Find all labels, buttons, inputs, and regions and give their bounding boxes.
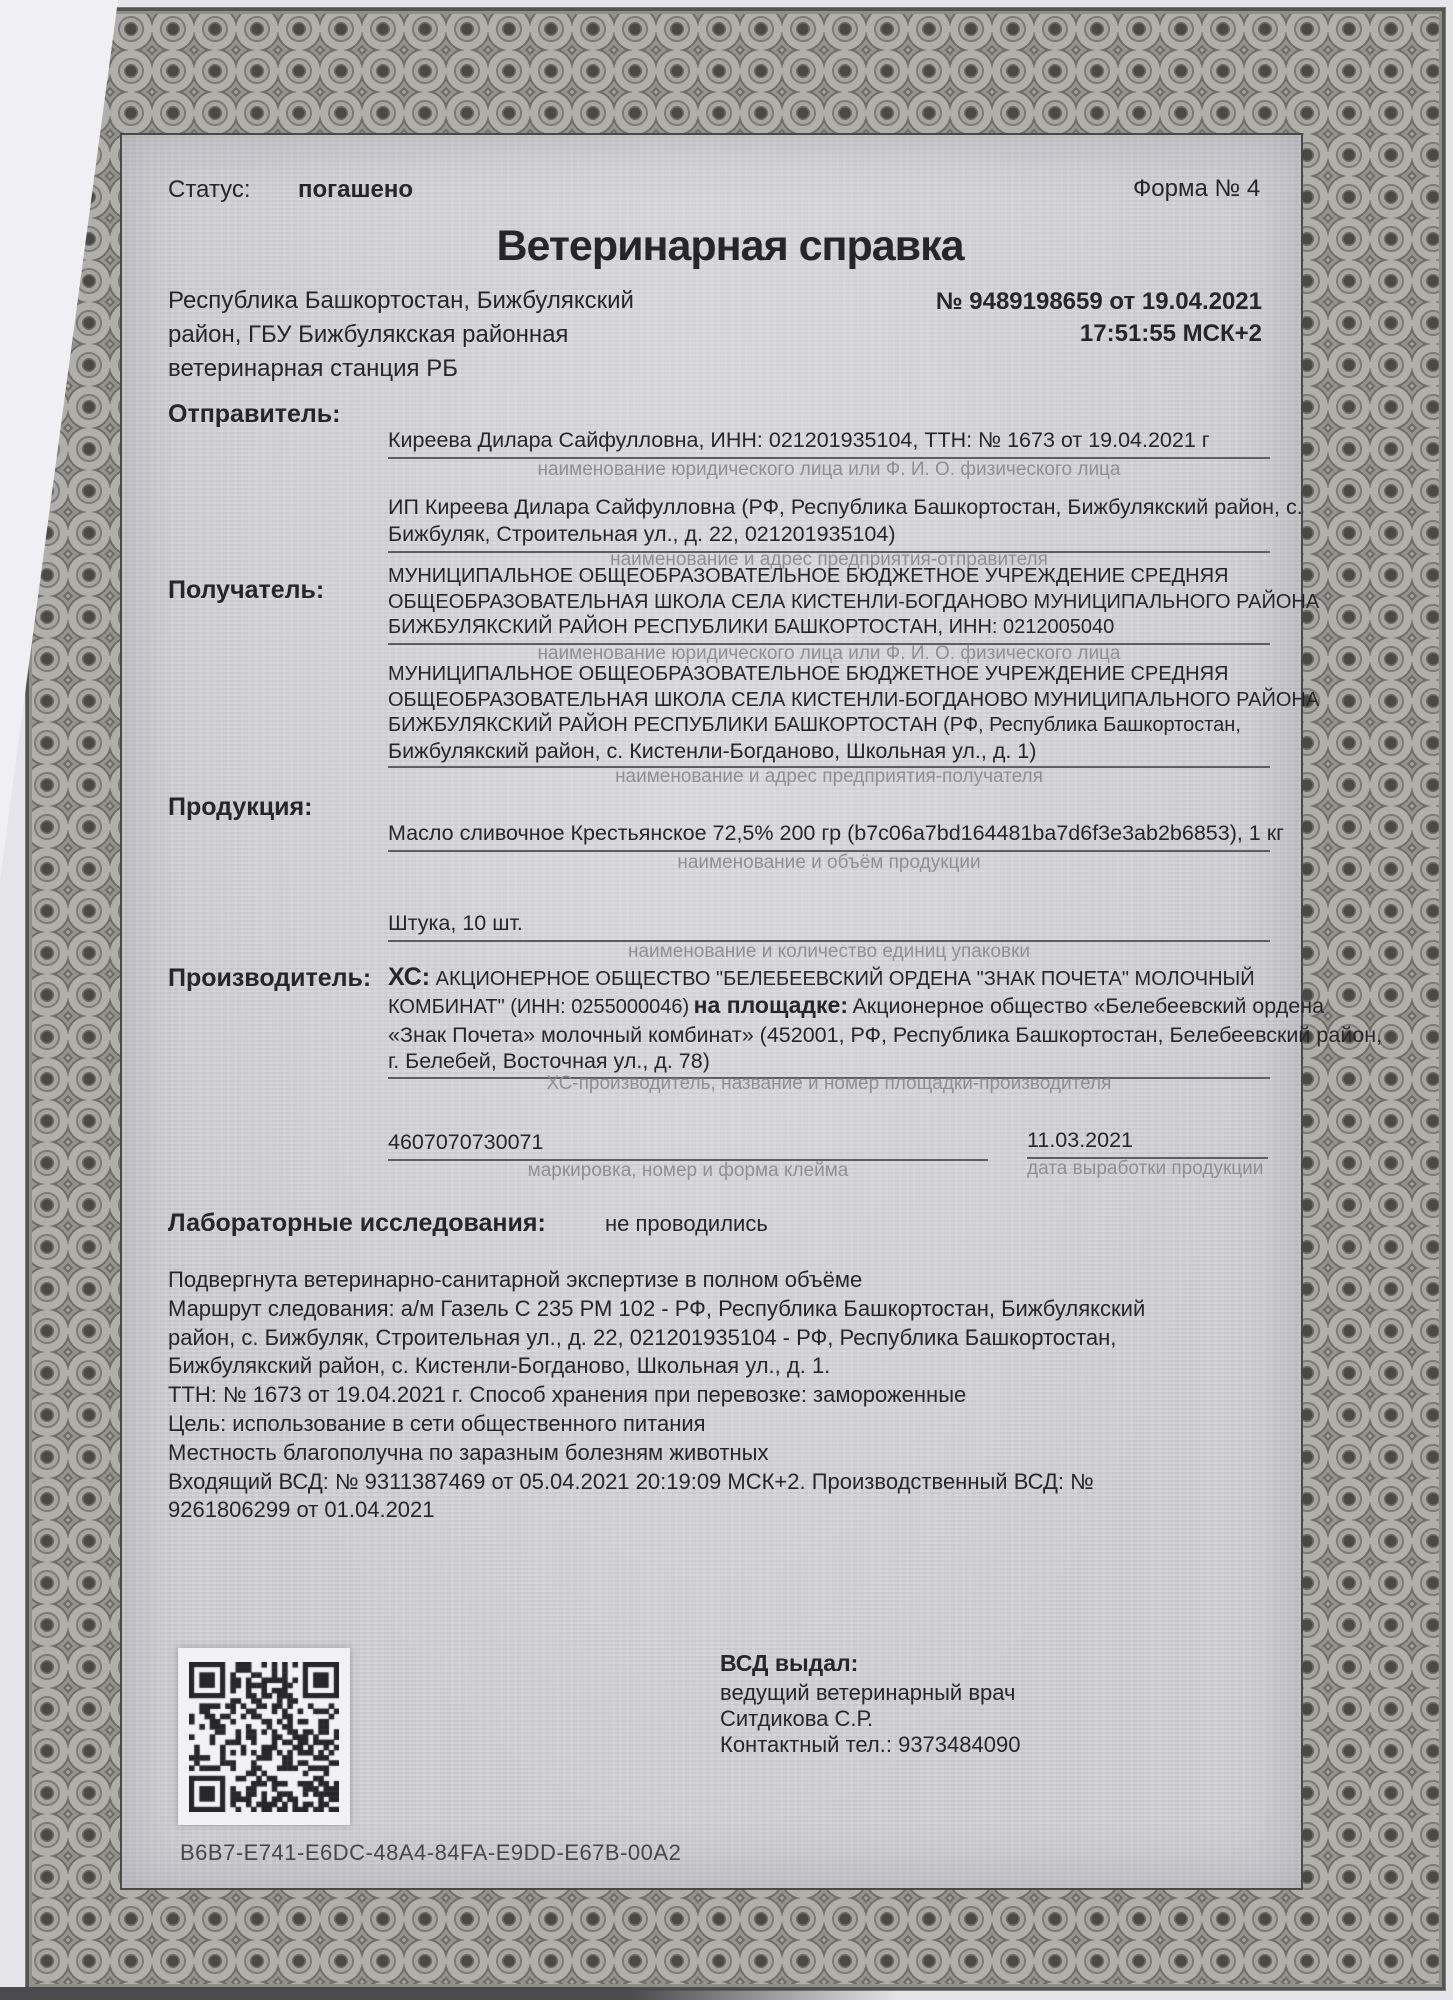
production-date-field: 11.03.2021 <box>1027 1128 1268 1159</box>
issuer-phone: Контактный тел.: 9373484090 <box>720 1732 1020 1758</box>
production-date-caption: дата выработки продукции <box>1027 1158 1268 1180</box>
receiver-section-label: Получатель: <box>168 576 324 605</box>
document-title: Ветеринарная справка <box>420 222 1040 271</box>
receiver-address-line: ОБЩЕОБРАЗОВАТЕЛЬНАЯ ШКОЛА СЕЛА КИСТЕНЛИ-… <box>388 688 1270 714</box>
receiver-name-line: БИЖБУЛЯКСКИЙ РАЙОН РЕСПУБЛИКИ БАШКОРТОСТ… <box>388 615 1270 641</box>
qr-code <box>178 1648 350 1825</box>
sender-section-label: Отправитель: <box>168 400 340 429</box>
sender-address-field: ИП Киреева Дилара Сайфулловна (РФ, Респу… <box>388 494 1270 553</box>
producer-caption: ХС-производитель, название и номер площа… <box>388 1073 1270 1095</box>
status-label: Статус: <box>168 176 251 204</box>
product-caption: наименование и объём продукции <box>388 852 1270 874</box>
details-line: район, с. Бижбуляк, Строительная ул., д.… <box>168 1324 1278 1353</box>
details-line: 9261806299 от 01.04.2021 <box>168 1496 1278 1525</box>
details-line: Цель: использование в сети общественного… <box>168 1410 1278 1439</box>
receiver-address-line: Бижбулякский район, с. Кистенли-Богданов… <box>388 739 1270 765</box>
producer-hs-label: ХС: <box>388 963 430 991</box>
receiver-address-line: БИЖБУЛЯКСКИЙ РАЙОН РЕСПУБЛИКИ БАШКОРТОСТ… <box>388 713 1270 739</box>
receiver-name-line: ОБЩЕОБРАЗОВАТЕЛЬНАЯ ШКОЛА СЕЛА КИСТЕНЛИ-… <box>388 590 1270 616</box>
sender-address-line: Бижбуляк, Строительная ул., д. 22, 02120… <box>388 521 1270 548</box>
details-line: Маршрут следования: а/м Газель С 235 РМ … <box>168 1295 1278 1324</box>
marking-field: 4607070730071 <box>388 1130 988 1161</box>
document-id: B6B7-E741-E6DC-48A4-84FA-E9DD-E67B-00A2 <box>180 1840 681 1866</box>
issuing-station-line: Республика Башкортостан, Бижбулякский <box>168 284 634 318</box>
producer-line: АКЦИОНЕРНОЕ ОБЩЕСТВО "БЕЛЕБЕЕВСКИЙ ОРДЕН… <box>436 968 1255 990</box>
producer-line: г. Белебей, Восточная ул., д. 78) <box>388 1048 1270 1074</box>
details-line: ТТН: № 1673 от 19.04.2021 г. Способ хран… <box>168 1381 1278 1410</box>
details-line: Бижбулякский район, с. Кистенли-Богданов… <box>168 1352 1278 1381</box>
document-number-block: № 9489198659 от 19.04.2021 17:51:55 МСК+… <box>700 286 1262 350</box>
issuer-position: ведущий ветеринарный врач <box>720 1680 1020 1706</box>
receiver-name-field: МУНИЦИПАЛЬНОЕ ОБЩЕОБРАЗОВАТЕЛЬНОЕ БЮДЖЕТ… <box>388 564 1270 645</box>
production-section-label: Продукция: <box>168 793 312 822</box>
issuing-station-line: район, ГБУ Бижбулякская районная <box>168 318 634 352</box>
sender-address-line: ИП Киреева Дилара Сайфулловна (РФ, Респу… <box>388 494 1270 521</box>
status-value: погашено <box>298 176 413 204</box>
receiver-address-caption: наименование и адрес предприятия-получат… <box>388 766 1270 788</box>
producer-line: «Знак Почета» молочный комбинат» (452001… <box>388 1022 1270 1048</box>
details-line: Местность благополучна по заразным болез… <box>168 1439 1278 1468</box>
document-number: № 9489198659 от 19.04.2021 <box>700 286 1262 318</box>
sender-name-field: Киреева Дилара Сайфулловна, ИНН: 0212019… <box>388 428 1270 459</box>
producer-site-label: на площадке: <box>694 992 848 1018</box>
lab-value: не проводились <box>605 1211 768 1237</box>
producer-line: Акционерное общество «Белебеевский орден… <box>852 994 1324 1018</box>
issuer-name: Ситдикова С.Р. <box>720 1706 1020 1732</box>
packaging-caption: наименование и количество единиц упаковк… <box>388 941 1270 963</box>
details-line: Подвергнута ветеринарно-санитарной экспе… <box>168 1266 1278 1295</box>
producer-section-label: Производитель: <box>168 964 371 993</box>
receiver-name-line: МУНИЦИПАЛЬНОЕ ОБЩЕОБРАЗОВАТЕЛЬНОЕ БЮДЖЕТ… <box>388 564 1270 590</box>
lab-section-label: Лабораторные исследования: <box>168 1209 546 1238</box>
packaging-field: Штука, 10 шт. <box>388 911 1270 942</box>
expertise-details: Подвергнута ветеринарно-санитарной экспе… <box>168 1266 1278 1525</box>
form-number: Форма № 4 <box>1133 175 1260 203</box>
sender-name-caption: наименование юридического лица или Ф. И.… <box>388 459 1270 481</box>
issued-by-label: ВСД выдал: <box>720 1650 1020 1677</box>
details-line: Входящий ВСД: № 9311387469 от 05.04.2021… <box>168 1468 1278 1497</box>
issued-by-block: ВСД выдал: ведущий ветеринарный врач Сит… <box>720 1650 1020 1758</box>
receiver-address-line: МУНИЦИПАЛЬНОЕ ОБЩЕОБРАЗОВАТЕЛЬНОЕ БЮДЖЕТ… <box>388 662 1270 688</box>
qr-code-pattern <box>189 1662 339 1812</box>
issuing-station: Республика Башкортостан, Бижбулякский ра… <box>168 284 634 386</box>
producer-line: КОМБИНАТ" (ИНН: 0255000046) <box>388 996 689 1018</box>
product-field: Масло сливочное Крестьянское 72,5% 200 г… <box>388 821 1270 852</box>
marking-caption: маркировка, номер и форма клейма <box>388 1160 988 1182</box>
producer-field: ХС: АКЦИОНЕРНОЕ ОБЩЕСТВО "БЕЛЕБЕЕВСКИЙ О… <box>388 964 1270 1079</box>
document-datetime: 17:51:55 МСК+2 <box>700 318 1262 350</box>
receiver-address-field: МУНИЦИПАЛЬНОЕ ОБЩЕОБРАЗОВАТЕЛЬНОЕ БЮДЖЕТ… <box>388 662 1270 768</box>
issuing-station-line: ветеринарная станция РБ <box>168 352 634 386</box>
